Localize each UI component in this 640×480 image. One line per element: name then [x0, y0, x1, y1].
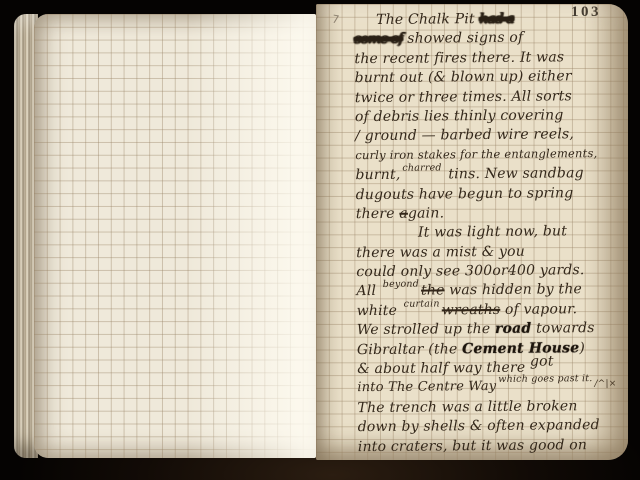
open-notebook: 103 7 The Chalk Pit had asome of showed … — [14, 4, 628, 462]
right-page-written: 103 7 The Chalk Pit had asome of showed … — [316, 4, 628, 460]
notebook-photograph: 103 7 The Chalk Pit had asome of showed … — [0, 0, 640, 480]
gutter-light-sheen — [34, 14, 316, 458]
left-page-blank — [34, 14, 316, 458]
page-edge-vignette — [316, 4, 628, 460]
